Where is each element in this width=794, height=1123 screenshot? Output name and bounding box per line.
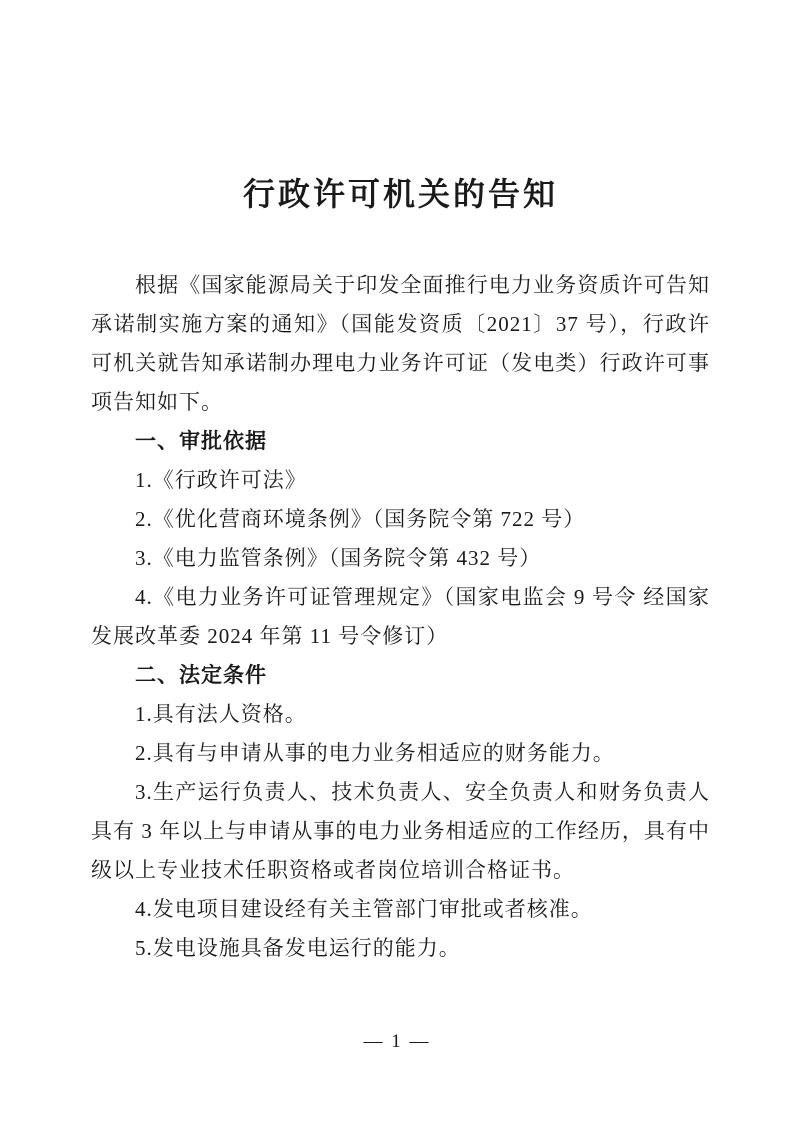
section-heading-approval-basis: 一、审批依据 [91, 422, 710, 461]
approval-basis-item-4: 4.《电力业务许可证管理规定》（国家电监会 9 号令 经国家发展改革委 2024… [91, 578, 710, 656]
approval-basis-item-2: 2.《优化营商环境条例》（国务院令第 722 号） [91, 500, 710, 539]
section-heading-legal-conditions: 二、法定条件 [91, 656, 710, 695]
approval-basis-item-1: 1.《行政许可法》 [91, 461, 710, 500]
legal-condition-item-2: 2.具有与申请从事的电力业务相适应的财务能力。 [91, 734, 710, 773]
approval-basis-item-3: 3.《电力监管条例》（国务院令第 432 号） [91, 539, 710, 578]
legal-condition-item-3: 3.生产运行负责人、技术负责人、安全负责人和财务负责人具有 3 年以上与申请从事… [91, 773, 710, 890]
intro-paragraph: 根据《国家能源局关于印发全面推行电力业务资质许可告知承诺制实施方案的通知》（国能… [91, 266, 710, 422]
legal-condition-item-4: 4.发电项目建设经有关主管部门审批或者核准。 [91, 890, 710, 929]
document-page: 行政许可机关的告知 根据《国家能源局关于印发全面推行电力业务资质许可告知承诺制实… [0, 0, 794, 1123]
legal-condition-item-5: 5.发电设施具备发电运行的能力。 [91, 929, 710, 968]
page-number: — 1 — [0, 1031, 794, 1053]
legal-condition-item-1: 1.具有法人资格。 [91, 695, 710, 734]
document-title: 行政许可机关的告知 [91, 174, 710, 214]
document-body: 根据《国家能源局关于印发全面推行电力业务资质许可告知承诺制实施方案的通知》（国能… [91, 266, 710, 968]
